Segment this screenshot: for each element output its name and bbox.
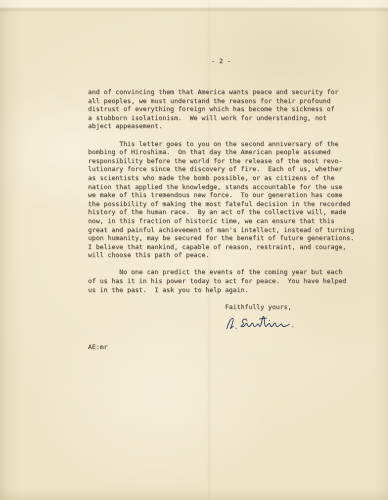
closing-salutation: Faithfully yours, bbox=[225, 303, 360, 312]
paragraph-1: and of convincing them that America want… bbox=[88, 88, 360, 131]
paragraph-2: This letter goes to you on the second an… bbox=[88, 140, 360, 260]
paragraph-3: No one can predict the events of the com… bbox=[88, 268, 360, 294]
typist-reference-initials: AE:mr bbox=[88, 343, 360, 352]
letter-body: and of convincing them that America want… bbox=[88, 88, 360, 352]
einstein-signature bbox=[222, 313, 316, 336]
page-number: - 2 - bbox=[88, 57, 354, 66]
letter-page: - 2 - and of convincing them that Americ… bbox=[0, 0, 388, 500]
signature-ink-strokes bbox=[222, 313, 316, 336]
